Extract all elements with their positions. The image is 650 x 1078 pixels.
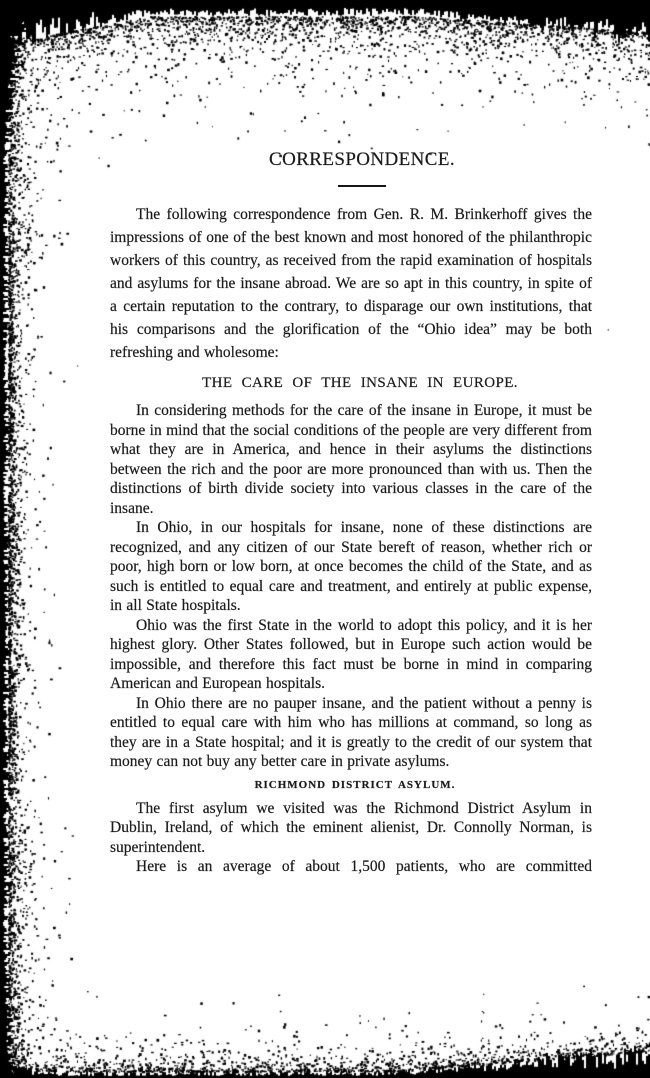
page-content: CORRESPONDENCE. The following correspond… <box>110 0 592 877</box>
paragraph-europe-3: Ohio was the first State in the world to… <box>110 616 592 694</box>
paragraph-europe-2: In Ohio, in our hospitals for insane, no… <box>110 518 592 616</box>
title-divider <box>338 185 386 187</box>
book-page: CORRESPONDENCE. The following correspond… <box>0 0 650 1078</box>
section-heading-richmond: RICHMOND DISTRICT ASYLUM. <box>114 779 596 792</box>
paragraph-richmond-2: Here is an average of about 1,500 patien… <box>110 857 592 877</box>
page-title: CORRESPONDENCE. <box>121 148 603 172</box>
paragraph-europe-1: In considering methods for the care of t… <box>110 401 592 518</box>
paragraph-richmond-1: The first asylum we visited was the Rich… <box>110 799 592 858</box>
intro-paragraph: The following correspondence from Gen. R… <box>110 203 592 364</box>
paragraph-europe-4: In Ohio there are no pauper insane, and … <box>110 694 592 772</box>
section-heading-europe: THE CARE OF THE INSANE IN EUROPE. <box>119 375 601 392</box>
